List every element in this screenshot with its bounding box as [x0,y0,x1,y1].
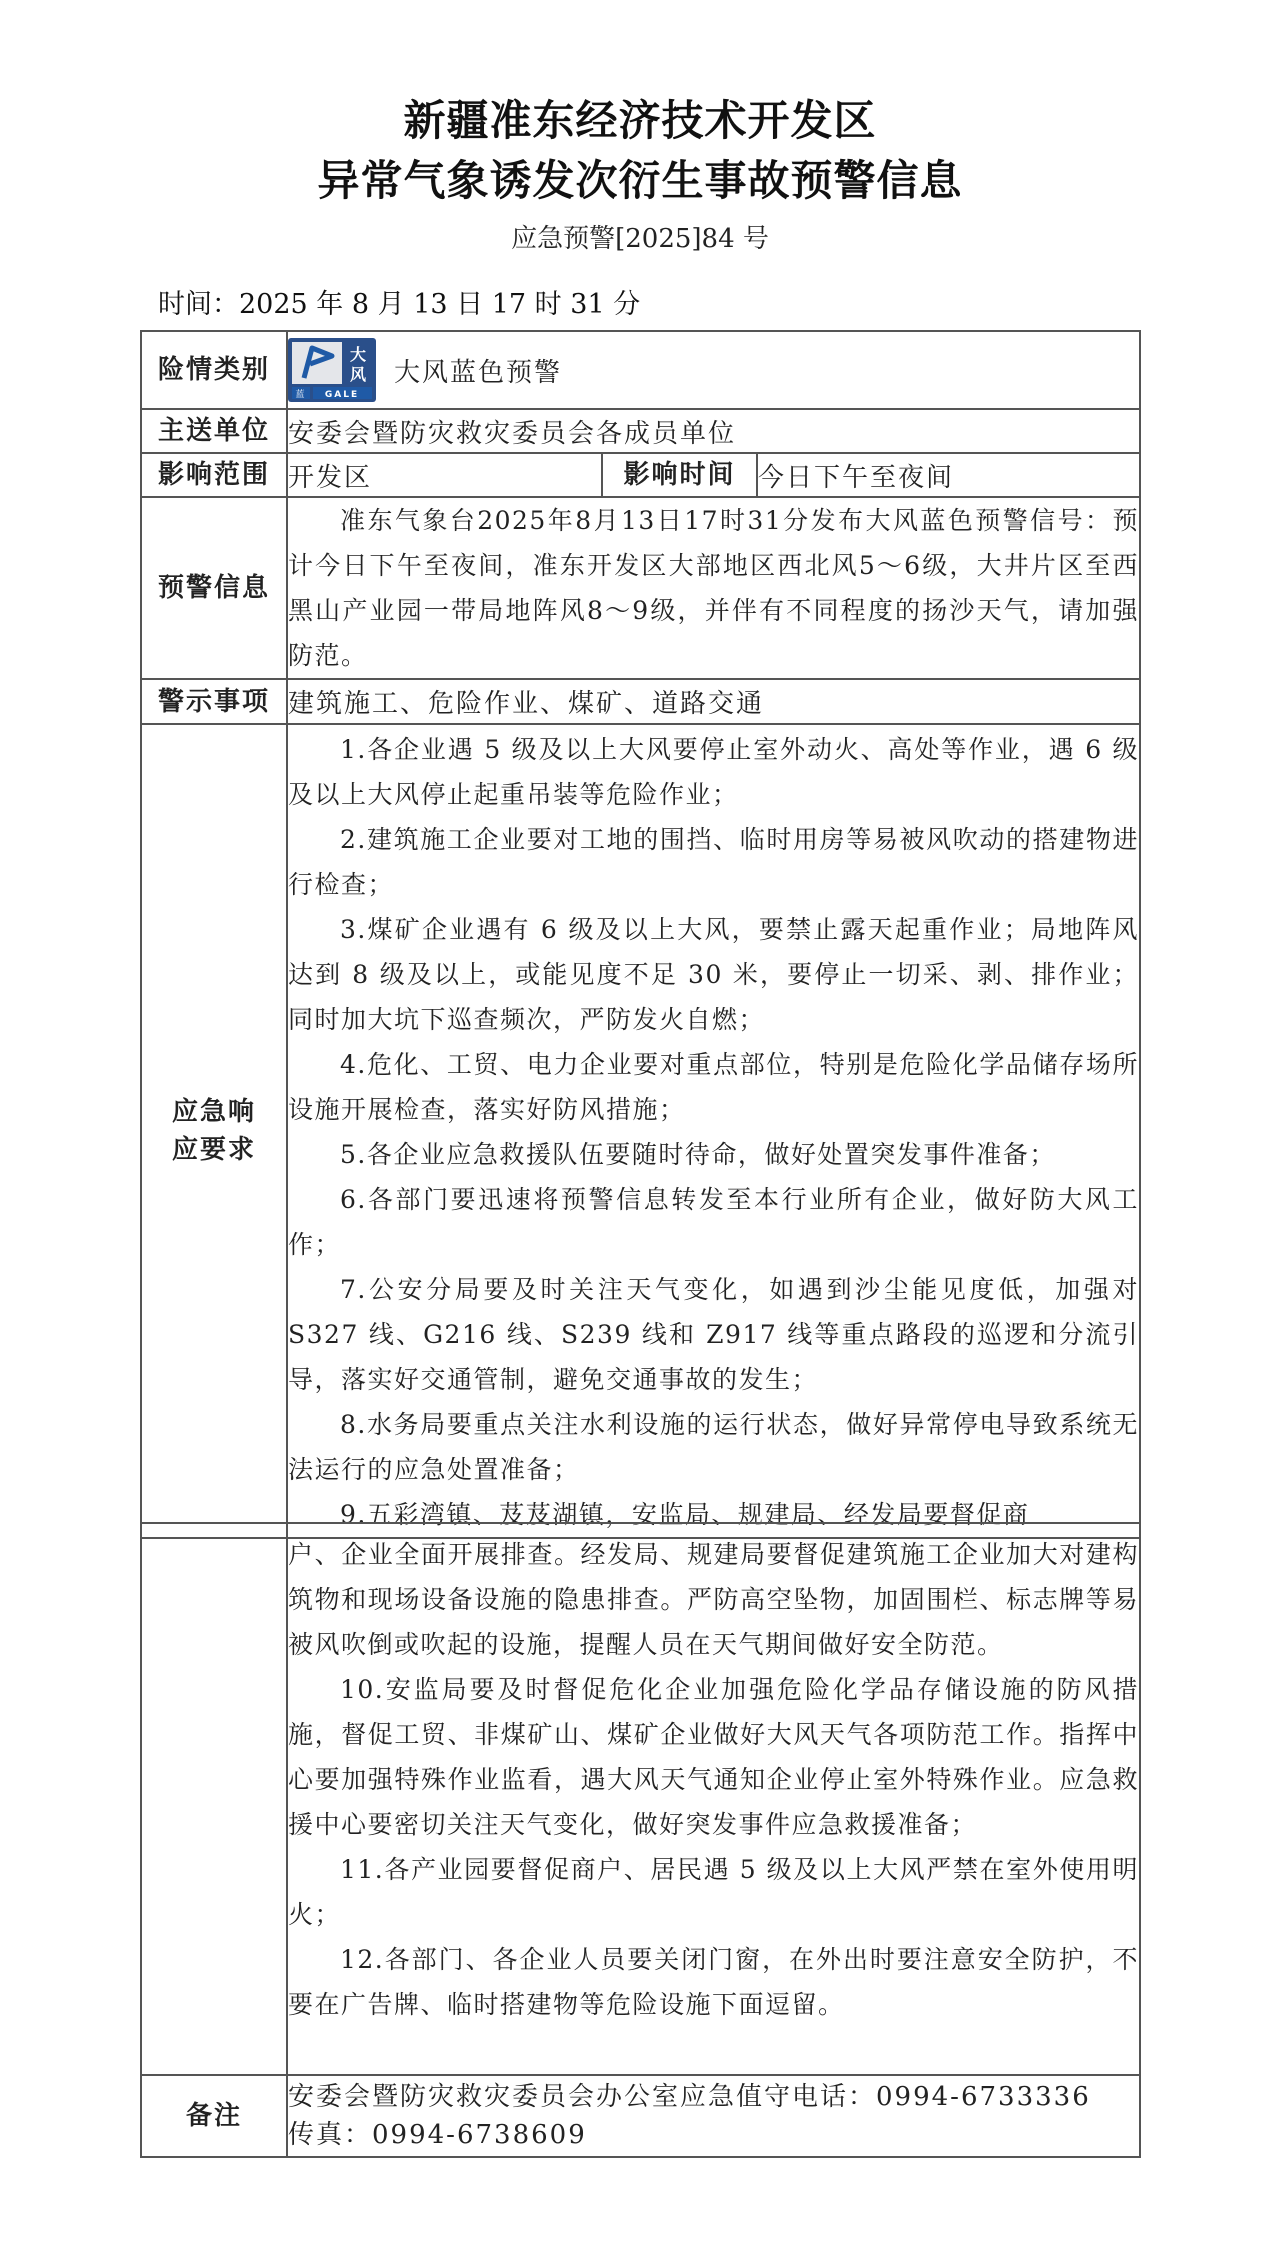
scope-value: 开发区 [287,453,602,497]
remarks-cell: 安委会暨防灾救灾委员会办公室应急值守电话：0994-6733336 传真：099… [287,2075,1140,2157]
svg-text:风: 风 [350,365,368,384]
warning-info-text: 准东气象台2025年8月13日17时31分发布大风蓝色预警信号：预计今日下午至夜… [288,498,1139,678]
svg-text:大: 大 [350,345,368,364]
warning-table-page1: 险情类别 大 风 蓝 GALE 大风蓝色预警 [140,330,1141,1539]
row-remarks: 备注 安委会暨防灾救灾委员会办公室应急值守电话：0994-6733336 传真：… [141,2075,1140,2157]
recipients-label: 主送单位 [141,409,287,453]
row-scope: 影响范围 开发区 影响时间 今日下午至夜间 [141,453,1140,497]
row-alert-items: 警示事项 建筑施工、危险作业、煤矿、道路交通 [141,679,1140,724]
warning-table-page2: 户、企业全面开展排查。经发局、规建局要督促建筑施工企业加大对建构筑物和现场设备设… [140,1522,1141,2158]
row-category: 险情类别 大 风 蓝 GALE 大风蓝色预警 [141,331,1140,409]
warning-info-cell: 准东气象台2025年8月13日17时31分发布大风蓝色预警信号：预计今日下午至夜… [287,497,1140,679]
row-recipients: 主送单位 安委会暨防灾救灾委员会各成员单位 [141,409,1140,453]
impact-time-value: 今日下午至夜间 [757,453,1140,497]
response-item-8: 8.水务局要重点关注水利设施的运行状态，做好异常停电导致系统无法运行的应急处置准… [288,1402,1139,1492]
response-item-5: 5.各企业应急救援队伍要随时待命，做好处置突发事件准备； [288,1132,1139,1177]
document-title-line2: 异常气象诱发次衍生事故预警信息 [0,148,1280,208]
warning-info-label: 预警信息 [141,497,287,679]
row-response-continued: 户、企业全面开展排查。经发局、规建局要督促建筑施工企业加大对建构筑物和现场设备设… [141,1523,1140,2075]
response-item-3: 3.煤矿企业遇有 6 级及以上大风，要禁止露天起重作业；局地阵风达到 8 级及以… [288,907,1139,1042]
category-value: 大风蓝色预警 [394,352,562,389]
recipients-value: 安委会暨防灾救灾委员会各成员单位 [287,409,1140,453]
document-title-line1: 新疆准东经济技术开发区 [0,88,1280,148]
category-cell: 大 风 蓝 GALE 大风蓝色预警 [287,331,1140,409]
remarks-label: 备注 [141,2075,287,2157]
response-cell-page2: 户、企业全面开展排查。经发局、规建局要督促建筑施工企业加大对建构筑物和现场设备设… [287,1523,1140,2075]
svg-text:蓝: 蓝 [295,388,306,400]
response-item-7: 7.公安分局要及时关注天气变化，如遇到沙尘能见度低，加强对 S327 线、G21… [288,1267,1139,1402]
response-item-9-cont: 户、企业全面开展排查。经发局、规建局要督促建筑施工企业加大对建构筑物和现场设备设… [288,1532,1139,1667]
response-label: 应急响应要求 [141,724,287,1538]
row-response: 应急响应要求 1.各企业遇 5 级及以上大风要停止室外动火、高处等作业，遇 6 … [141,724,1140,1538]
response-item-11: 11.各产业园要督促商户、居民遇 5 级及以上大风严禁在室外使用明火； [288,1847,1139,1937]
category-label: 险情类别 [141,331,287,409]
issue-time: 时间：2025 年 8 月 13 日 17 时 31 分 [158,282,640,321]
response-item-1: 1.各企业遇 5 级及以上大风要停止室外动火、高处等作业，遇 6 级及以上大风停… [288,727,1139,817]
scope-label: 影响范围 [141,453,287,497]
alert-items-label: 警示事项 [141,679,287,724]
response-item-12: 12.各部门、各企业人员要关闭门窗，在外出时要注意安全防护，不要在广告牌、临时搭… [288,1937,1139,2027]
duty-phone: 安委会暨防灾救灾委员会办公室应急值守电话：0994-6733336 [288,2078,1139,2116]
alert-items-value: 建筑施工、危险作业、煤矿、道路交通 [287,679,1140,724]
impact-time-label: 影响时间 [602,453,757,497]
response-item-10: 10.安监局要及时督促危化企业加强危险化学品存储设施的防风措施，督促工贸、非煤矿… [288,1667,1139,1847]
gale-blue-warning-icon: 大 风 蓝 GALE [288,338,376,402]
response-item-2: 2.建筑施工企业要对工地的围挡、临时用房等易被风吹动的搭建物进行检查； [288,817,1139,907]
response-item-4: 4.危化、工贸、电力企业要对重点部位，特别是危险化学品储存场所设施开展检查，落实… [288,1042,1139,1132]
document-number: 应急预警[2025]84 号 [0,218,1280,255]
response-item-6: 6.各部门要迅速将预警信息转发至本行业所有企业，做好防大风工作； [288,1177,1139,1267]
response-cell-page1: 1.各企业遇 5 级及以上大风要停止室外动火、高处等作业，遇 6 级及以上大风停… [287,724,1140,1538]
response-label-empty [141,1523,287,2075]
row-warning-info: 预警信息 准东气象台2025年8月13日17时31分发布大风蓝色预警信号：预计今… [141,497,1140,679]
svg-text:GALE: GALE [325,390,359,400]
fax-number: 传真：0994-6738609 [288,2116,1139,2154]
